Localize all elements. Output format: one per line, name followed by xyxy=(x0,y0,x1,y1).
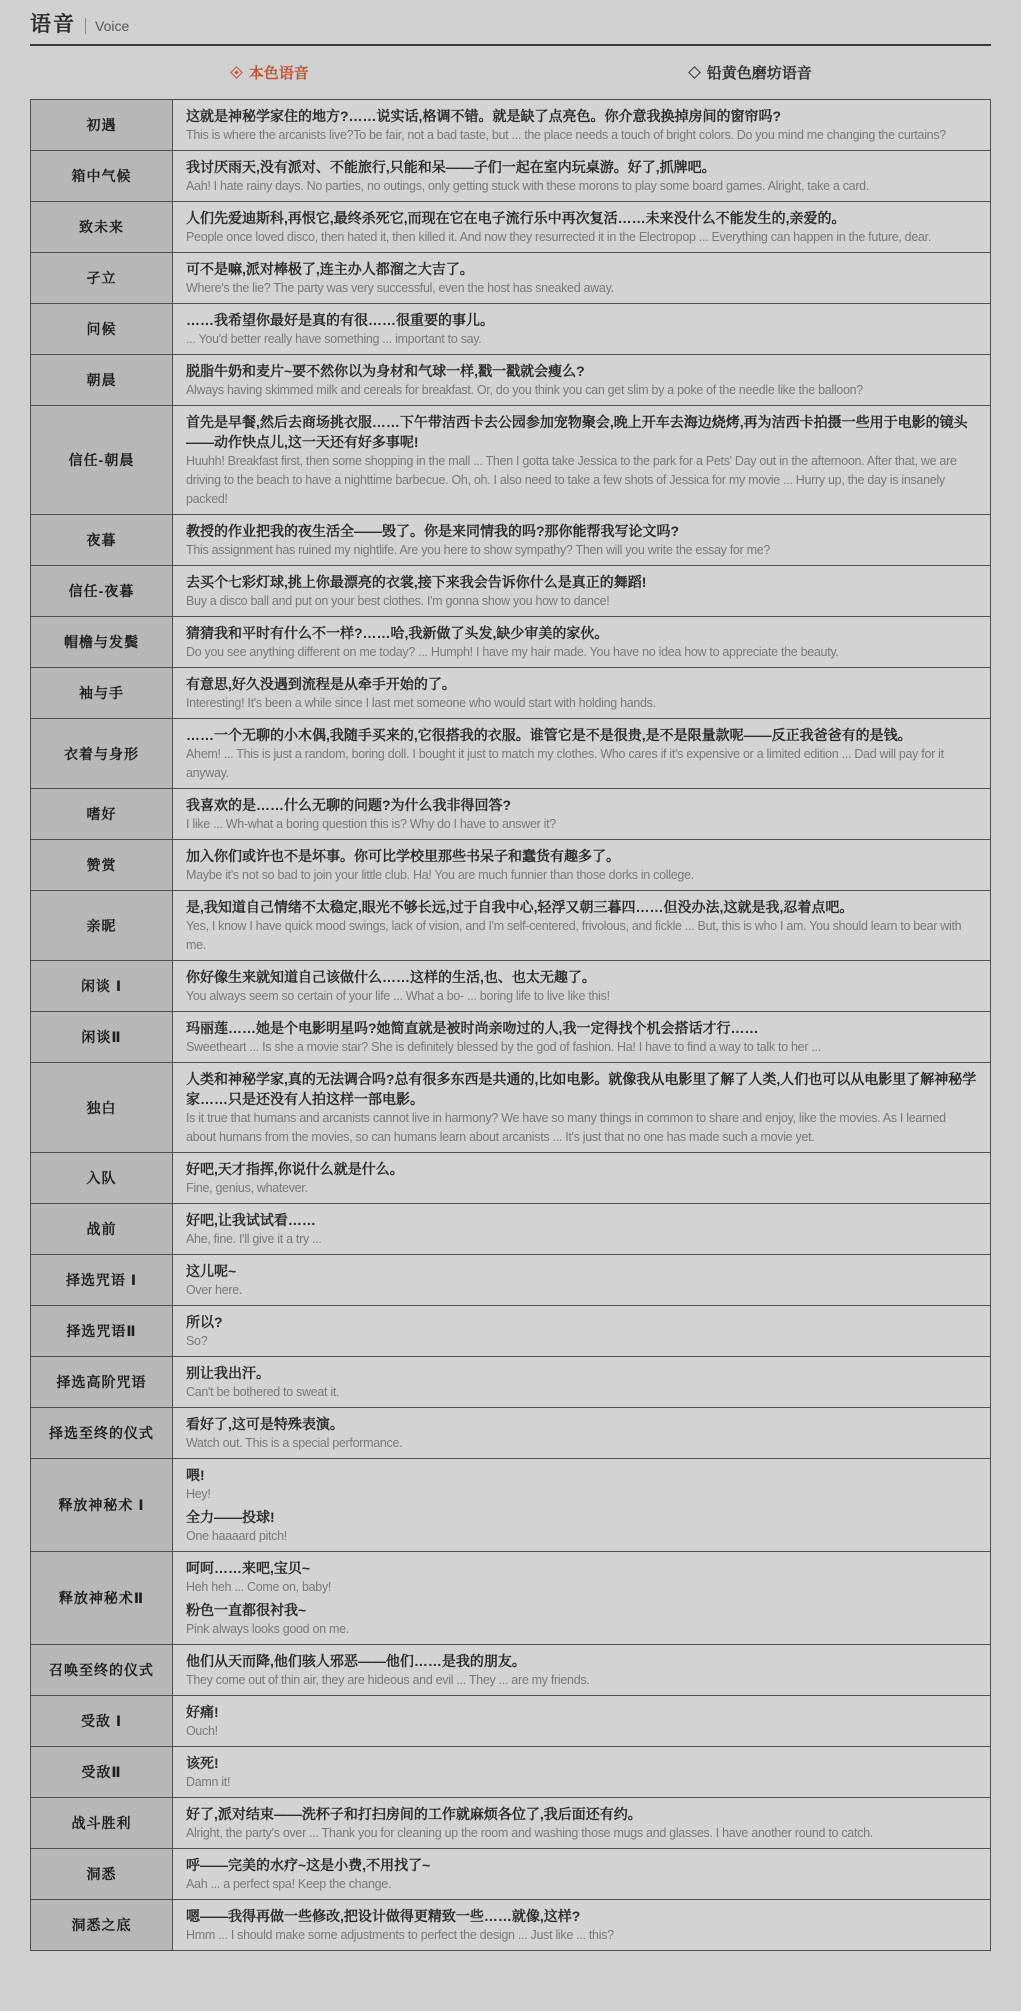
voice-line-en: Damn it! xyxy=(186,1773,977,1792)
voice-line-en: Ahe, fine. I'll give it a try ... xyxy=(186,1230,977,1249)
voice-row-content: 首先是早餐,然后去商场挑衣服……下午带洁西卡去公园参加宠物聚会,晚上开车去海边烧… xyxy=(173,406,991,515)
voice-row-label: 独白 xyxy=(31,1063,173,1153)
voice-row: 洞悉之底 嗯——我得再做一些修改,把设计做得更精致一些……就像,这样?Hmm .… xyxy=(31,1900,991,1951)
voice-line-en: Ahem! ... This is just a random, boring … xyxy=(186,745,977,783)
page-subtitle: Voice xyxy=(85,18,129,34)
voice-row-content: 好吧,让我试试看……Ahe, fine. I'll give it a try … xyxy=(173,1204,991,1255)
voice-line-en: Buy a disco ball and put on your best cl… xyxy=(186,592,977,611)
voice-row-label: 入队 xyxy=(31,1153,173,1204)
voice-line-cn: 猜猜我和平时有什么不一样?……哈,我新做了头发,缺少审美的家伙。 xyxy=(186,623,977,643)
voice-row-content: 我讨厌雨天,没有派对、不能旅行,只能和呆——子们一起在室内玩桌游。好了,抓牌吧。… xyxy=(173,151,991,202)
voice-row-label: 释放神秘术Ⅱ xyxy=(31,1552,173,1645)
voice-line-cn: 我讨厌雨天,没有派对、不能旅行,只能和呆——子们一起在室内玩桌游。好了,抓牌吧。 xyxy=(186,157,977,177)
voice-row: 箱中气候 我讨厌雨天,没有派对、不能旅行,只能和呆——子们一起在室内玩桌游。好了… xyxy=(31,151,991,202)
voice-line-en: Huuhh! Breakfast first, then some shoppi… xyxy=(186,452,977,509)
voice-line-cn: ……我希望你最好是真的有很……很重要的事儿。 xyxy=(186,310,977,330)
voice-row-content: 这儿呢~Over here. xyxy=(173,1255,991,1306)
tab-original-voice[interactable]: 本色语音 xyxy=(30,56,511,89)
voice-line-en: People once loved disco, then hated it, … xyxy=(186,228,977,247)
voice-row-content: 所以?So? xyxy=(173,1306,991,1357)
voice-line-en: Can't be bothered to sweat it. xyxy=(186,1383,977,1402)
voice-row: 衣着与身形 ……一个无聊的小木偶,我随手买来的,它很搭我的衣服。谁管它是不是很贵… xyxy=(31,719,991,789)
voice-row: 袖与手 有意思,好久没遇到流程是从牵手开始的了。Interesting! It'… xyxy=(31,668,991,719)
page-title: 语音 xyxy=(30,8,76,38)
page-header: 语音 Voice xyxy=(30,8,991,38)
voice-row: 择选咒语 Ⅰ 这儿呢~Over here. xyxy=(31,1255,991,1306)
voice-line-en: Where's the lie? The party was very succ… xyxy=(186,279,977,298)
voice-table: 初遇 这就是神秘学家住的地方?……说实话,格调不错。就是缺了点亮色。你介意我换掉… xyxy=(30,99,991,1951)
voice-line-cn: 加入你们或许也不是坏事。你可比学校里那些书呆子和蠢货有趣多了。 xyxy=(186,846,977,866)
voice-row-label: 帽檐与发鬓 xyxy=(31,617,173,668)
voice-line-en: You always seem so certain of your life … xyxy=(186,987,977,1006)
voice-row: 洞悉 呼——完美的水疗~这是小费,不用找了~Aah ... a perfect … xyxy=(31,1849,991,1900)
voice-line-cn: 人们先爱迪斯科,再恨它,最终杀死它,而现在它在电子流行乐中再次复活……未来没什么… xyxy=(186,208,977,228)
voice-tabs: 本色语音 铅黄色磨坊语音 xyxy=(30,56,991,89)
voice-row-label: 嗜好 xyxy=(31,789,173,840)
voice-row: 召唤至终的仪式 他们从天而降,他们骇人邪恶——他们……是我的朋友。They co… xyxy=(31,1645,991,1696)
voice-row-label: 战斗胜利 xyxy=(31,1798,173,1849)
voice-row: 释放神秘术 Ⅰ 喂!Hey!全力——投球!One haaaard pitch! xyxy=(31,1459,991,1552)
voice-row: 致未来 人们先爱迪斯科,再恨它,最终杀死它,而现在它在电子流行乐中再次复活……未… xyxy=(31,202,991,253)
voice-row-content: 这就是神秘学家住的地方?……说实话,格调不错。就是缺了点亮色。你介意我换掉房间的… xyxy=(173,100,991,151)
voice-row-label: 袖与手 xyxy=(31,668,173,719)
voice-line-en: So? xyxy=(186,1332,977,1351)
voice-line-cn: 所以? xyxy=(186,1312,977,1332)
voice-row: 初遇 这就是神秘学家住的地方?……说实话,格调不错。就是缺了点亮色。你介意我换掉… xyxy=(31,100,991,151)
voice-row: 信任-夜暮 去买个七彩灯球,挑上你最漂亮的衣裳,接下来我会告诉你什么是真正的舞蹈… xyxy=(31,566,991,617)
voice-line-cn: 人类和神秘学家,真的无法调合吗?总有很多东西是共通的,比如电影。就像我从电影里了… xyxy=(186,1069,977,1109)
voice-line-en: Do you see anything different on me toda… xyxy=(186,643,977,662)
voice-row-label: 战前 xyxy=(31,1204,173,1255)
voice-row-content: 该死!Damn it! xyxy=(173,1747,991,1798)
voice-line-cn: 这儿呢~ xyxy=(186,1261,977,1281)
voice-row: 择选高阶咒语 别让我出汗。Can't be bothered to sweat … xyxy=(31,1357,991,1408)
voice-row-label: 释放神秘术 Ⅰ xyxy=(31,1459,173,1552)
voice-row-content: 嗯——我得再做一些修改,把设计做得更精致一些……就像,这样?Hmm ... I … xyxy=(173,1900,991,1951)
voice-row-label: 择选咒语 Ⅰ xyxy=(31,1255,173,1306)
voice-row: 夜暮 教授的作业把我的夜生活全——毁了。你是来同情我的吗?那你能帮我写论文吗?T… xyxy=(31,515,991,566)
voice-line-en: Fine, genius, whatever. xyxy=(186,1179,977,1198)
voice-line-en: Over here. xyxy=(186,1281,977,1300)
voice-line-en: One haaaard pitch! xyxy=(186,1527,977,1546)
tab-giallo-mill-voice[interactable]: 铅黄色磨坊语音 xyxy=(511,56,992,89)
voice-line-cn: 他们从天而降,他们骇人邪恶——他们……是我的朋友。 xyxy=(186,1651,977,1671)
voice-row-label: 受敌Ⅱ xyxy=(31,1747,173,1798)
voice-row-content: 人类和神秘学家,真的无法调合吗?总有很多东西是共通的,比如电影。就像我从电影里了… xyxy=(173,1063,991,1153)
voice-row-label: 洞悉之底 xyxy=(31,1900,173,1951)
voice-line-en: Ouch! xyxy=(186,1722,977,1741)
voice-row-content: 脱脂牛奶和麦片~要不然你以为身材和气球一样,戳一戳就会瘦么?Always hav… xyxy=(173,355,991,406)
voice-line-cn: 好了,派对结束——洗杯子和打扫房间的工作就麻烦各位了,我后面还有约。 xyxy=(186,1804,977,1824)
voice-row-label: 择选高阶咒语 xyxy=(31,1357,173,1408)
voice-line-en: Maybe it's not so bad to join your littl… xyxy=(186,866,977,885)
voice-row-content: 好痛!Ouch! xyxy=(173,1696,991,1747)
voice-row-label: 洞悉 xyxy=(31,1849,173,1900)
voice-line-en: ... You'd better really have something .… xyxy=(186,330,977,349)
voice-row-content: 好吧,天才指挥,你说什么就是什么。Fine, genius, whatever. xyxy=(173,1153,991,1204)
voice-line-en: This is where the arcanists live?To be f… xyxy=(186,126,977,145)
voice-row: 信任-朝晨 首先是早餐,然后去商场挑衣服……下午带洁西卡去公园参加宠物聚会,晚上… xyxy=(31,406,991,515)
voice-row: 入队 好吧,天才指挥,你说什么就是什么。Fine, genius, whatev… xyxy=(31,1153,991,1204)
voice-row-content: 我喜欢的是……什么无聊的问题?为什么我非得回答?I like ... Wh-wh… xyxy=(173,789,991,840)
voice-row-label: 赞赏 xyxy=(31,840,173,891)
voice-row-content: 看好了,这可是特殊表演。Watch out. This is a special… xyxy=(173,1408,991,1459)
voice-row: 孑立 可不是嘛,派对棒极了,连主办人都溜之大吉了。Where's the lie… xyxy=(31,253,991,304)
voice-row: 帽檐与发鬓 猜猜我和平时有什么不一样?……哈,我新做了头发,缺少审美的家伙。Do… xyxy=(31,617,991,668)
voice-row-content: 好了,派对结束——洗杯子和打扫房间的工作就麻烦各位了,我后面还有约。Alrigh… xyxy=(173,1798,991,1849)
voice-row-label: 信任-朝晨 xyxy=(31,406,173,515)
voice-row-content: 他们从天而降,他们骇人邪恶——他们……是我的朋友。They come out o… xyxy=(173,1645,991,1696)
voice-line-cn: 呵呵……来吧,宝贝~ xyxy=(186,1558,977,1578)
voice-row-content: 喂!Hey!全力——投球!One haaaard pitch! xyxy=(173,1459,991,1552)
voice-row-label: 朝晨 xyxy=(31,355,173,406)
voice-line-cn: 嗯——我得再做一些修改,把设计做得更精致一些……就像,这样? xyxy=(186,1906,977,1926)
voice-row: 释放神秘术Ⅱ 呵呵……来吧,宝贝~Heh heh ... Come on, ba… xyxy=(31,1552,991,1645)
voice-row-content: 教授的作业把我的夜生活全——毁了。你是来同情我的吗?那你能帮我写论文吗?This… xyxy=(173,515,991,566)
voice-line-cn: 首先是早餐,然后去商场挑衣服……下午带洁西卡去公园参加宠物聚会,晚上开车去海边烧… xyxy=(186,412,977,452)
voice-line-en: Watch out. This is a special performance… xyxy=(186,1434,977,1453)
voice-row-label: 孑立 xyxy=(31,253,173,304)
voice-row-content: ……一个无聊的小木偶,我随手买来的,它很搭我的衣服。谁管它是不是很贵,是不是限量… xyxy=(173,719,991,789)
voice-row-content: ……我希望你最好是真的有很……很重要的事儿。... You'd better r… xyxy=(173,304,991,355)
header-rule xyxy=(30,44,991,46)
voice-row: 择选咒语Ⅱ 所以?So? xyxy=(31,1306,991,1357)
voice-line-cn: 好痛! xyxy=(186,1702,977,1722)
voice-row-content: 你好像生来就知道自己该做什么……这样的生活,也、也太无趣了。You always… xyxy=(173,961,991,1012)
voice-row: 嗜好 我喜欢的是……什么无聊的问题?为什么我非得回答?I like ... Wh… xyxy=(31,789,991,840)
voice-line-en: Sweetheart ... Is she a movie star? She … xyxy=(186,1038,977,1057)
voice-line-cn: 粉色一直都很衬我~ xyxy=(186,1600,977,1620)
filled-diamond-icon xyxy=(230,66,243,79)
voice-row-label: 信任-夜暮 xyxy=(31,566,173,617)
voice-line-cn: 别让我出汗。 xyxy=(186,1363,977,1383)
voice-row-label: 箱中气候 xyxy=(31,151,173,202)
voice-line-en: Yes, I know I have quick mood swings, la… xyxy=(186,917,977,955)
voice-row-label: 受敌 Ⅰ xyxy=(31,1696,173,1747)
voice-row: 战前 好吧,让我试试看……Ahe, fine. I'll give it a t… xyxy=(31,1204,991,1255)
voice-row-content: 有意思,好久没遇到流程是从牵手开始的了。Interesting! It's be… xyxy=(173,668,991,719)
page: 语音 Voice 本色语音 铅黄色磨坊语音 初遇 这就是神秘学家住的地方?……说… xyxy=(0,0,1021,2011)
voice-line-en: Is it true that humans and arcanists can… xyxy=(186,1109,977,1147)
voice-row: 闲谈 Ⅰ 你好像生来就知道自己该做什么……这样的生活,也、也太无趣了。You a… xyxy=(31,961,991,1012)
voice-row-label: 闲谈Ⅱ xyxy=(31,1012,173,1063)
voice-line-en: Aah ... a perfect spa! Keep the change. xyxy=(186,1875,977,1894)
voice-row-label: 初遇 xyxy=(31,100,173,151)
voice-row-content: 是,我知道自己情绪不太稳定,眼光不够长远,过于自我中心,轻浮又朝三暮四……但没办… xyxy=(173,891,991,961)
voice-row-content: 猜猜我和平时有什么不一样?……哈,我新做了头发,缺少审美的家伙。Do you s… xyxy=(173,617,991,668)
voice-line-cn: 玛丽莲……她是个电影明星吗?她简直就是被时尚亲吻过的人,我一定得找个机会搭话才行… xyxy=(186,1018,977,1038)
voice-line-cn: 你好像生来就知道自己该做什么……这样的生活,也、也太无趣了。 xyxy=(186,967,977,987)
voice-line-en: Hey! xyxy=(186,1485,977,1504)
voice-line-en: They come out of thin air, they are hide… xyxy=(186,1671,977,1690)
hollow-diamond-icon xyxy=(688,66,701,79)
voice-row-content: 呵呵……来吧,宝贝~Heh heh ... Come on, baby!粉色一直… xyxy=(173,1552,991,1645)
voice-row-label: 问候 xyxy=(31,304,173,355)
voice-line-en: Pink always looks good on me. xyxy=(186,1620,977,1639)
voice-line-en: Always having skimmed milk and cereals f… xyxy=(186,381,977,400)
voice-line-cn: 我喜欢的是……什么无聊的问题?为什么我非得回答? xyxy=(186,795,977,815)
voice-row-label: 致未来 xyxy=(31,202,173,253)
voice-row: 独白 人类和神秘学家,真的无法调合吗?总有很多东西是共通的,比如电影。就像我从电… xyxy=(31,1063,991,1153)
voice-line-cn: 全力——投球! xyxy=(186,1507,977,1527)
voice-line-cn: 脱脂牛奶和麦片~要不然你以为身材和气球一样,戳一戳就会瘦么? xyxy=(186,361,977,381)
voice-line-en: Hmm ... I should make some adjustments t… xyxy=(186,1926,977,1945)
voice-line-cn: 喂! xyxy=(186,1465,977,1485)
voice-row: 朝晨 脱脂牛奶和麦片~要不然你以为身材和气球一样,戳一戳就会瘦么?Always … xyxy=(31,355,991,406)
voice-line-cn: 教授的作业把我的夜生活全——毁了。你是来同情我的吗?那你能帮我写论文吗? xyxy=(186,521,977,541)
voice-row-content: 人们先爱迪斯科,再恨它,最终杀死它,而现在它在电子流行乐中再次复活……未来没什么… xyxy=(173,202,991,253)
voice-line-cn: 看好了,这可是特殊表演。 xyxy=(186,1414,977,1434)
voice-line-en: Alright, the party's over ... Thank you … xyxy=(186,1824,977,1843)
voice-line-cn: 好吧,天才指挥,你说什么就是什么。 xyxy=(186,1159,977,1179)
voice-line-cn: 有意思,好久没遇到流程是从牵手开始的了。 xyxy=(186,674,977,694)
voice-line-en: Heh heh ... Come on, baby! xyxy=(186,1578,977,1597)
voice-row-label: 亲昵 xyxy=(31,891,173,961)
voice-row-label: 闲谈 Ⅰ xyxy=(31,961,173,1012)
voice-row-label: 择选至终的仪式 xyxy=(31,1408,173,1459)
voice-row: 战斗胜利 好了,派对结束——洗杯子和打扫房间的工作就麻烦各位了,我后面还有约。A… xyxy=(31,1798,991,1849)
voice-line-en: Interesting! It's been a while since I l… xyxy=(186,694,977,713)
voice-row-content: 别让我出汗。Can't be bothered to sweat it. xyxy=(173,1357,991,1408)
voice-line-cn: 呼——完美的水疗~这是小费,不用找了~ xyxy=(186,1855,977,1875)
voice-row-content: 呼——完美的水疗~这是小费,不用找了~Aah ... a perfect spa… xyxy=(173,1849,991,1900)
voice-line-cn: 好吧,让我试试看…… xyxy=(186,1210,977,1230)
voice-line-cn: 去买个七彩灯球,挑上你最漂亮的衣裳,接下来我会告诉你什么是真正的舞蹈! xyxy=(186,572,977,592)
voice-line-en: This assignment has ruined my nightlife.… xyxy=(186,541,977,560)
voice-row-label: 夜暮 xyxy=(31,515,173,566)
voice-row: 闲谈Ⅱ 玛丽莲……她是个电影明星吗?她简直就是被时尚亲吻过的人,我一定得找个机会… xyxy=(31,1012,991,1063)
voice-row-content: 去买个七彩灯球,挑上你最漂亮的衣裳,接下来我会告诉你什么是真正的舞蹈!Buy a… xyxy=(173,566,991,617)
voice-line-cn: 这就是神秘学家住的地方?……说实话,格调不错。就是缺了点亮色。你介意我换掉房间的… xyxy=(186,106,977,126)
tab-label: 本色语音 xyxy=(249,62,309,83)
voice-row-content: 加入你们或许也不是坏事。你可比学校里那些书呆子和蠢货有趣多了。Maybe it'… xyxy=(173,840,991,891)
tab-label: 铅黄色磨坊语音 xyxy=(707,62,812,83)
voice-line-cn: 是,我知道自己情绪不太稳定,眼光不够长远,过于自我中心,轻浮又朝三暮四……但没办… xyxy=(186,897,977,917)
voice-line-en: I like ... Wh-what a boring question thi… xyxy=(186,815,977,834)
voice-line-cn: 可不是嘛,派对棒极了,连主办人都溜之大吉了。 xyxy=(186,259,977,279)
voice-row-label: 衣着与身形 xyxy=(31,719,173,789)
voice-row-content: 可不是嘛,派对棒极了,连主办人都溜之大吉了。Where's the lie? T… xyxy=(173,253,991,304)
voice-row: 受敌 Ⅰ 好痛!Ouch! xyxy=(31,1696,991,1747)
voice-line-cn: 该死! xyxy=(186,1753,977,1773)
voice-row-content: 玛丽莲……她是个电影明星吗?她简直就是被时尚亲吻过的人,我一定得找个机会搭话才行… xyxy=(173,1012,991,1063)
voice-row: 亲昵 是,我知道自己情绪不太稳定,眼光不够长远,过于自我中心,轻浮又朝三暮四……… xyxy=(31,891,991,961)
voice-line-cn: ……一个无聊的小木偶,我随手买来的,它很搭我的衣服。谁管它是不是很贵,是不是限量… xyxy=(186,725,977,745)
voice-row-label: 召唤至终的仪式 xyxy=(31,1645,173,1696)
voice-row: 问候 ……我希望你最好是真的有很……很重要的事儿。... You'd bette… xyxy=(31,304,991,355)
voice-row: 受敌Ⅱ 该死!Damn it! xyxy=(31,1747,991,1798)
voice-row: 赞赏 加入你们或许也不是坏事。你可比学校里那些书呆子和蠢货有趣多了。Maybe … xyxy=(31,840,991,891)
voice-line-en: Aah! I hate rainy days. No parties, no o… xyxy=(186,177,977,196)
voice-row: 择选至终的仪式 看好了,这可是特殊表演。Watch out. This is a… xyxy=(31,1408,991,1459)
voice-row-label: 择选咒语Ⅱ xyxy=(31,1306,173,1357)
